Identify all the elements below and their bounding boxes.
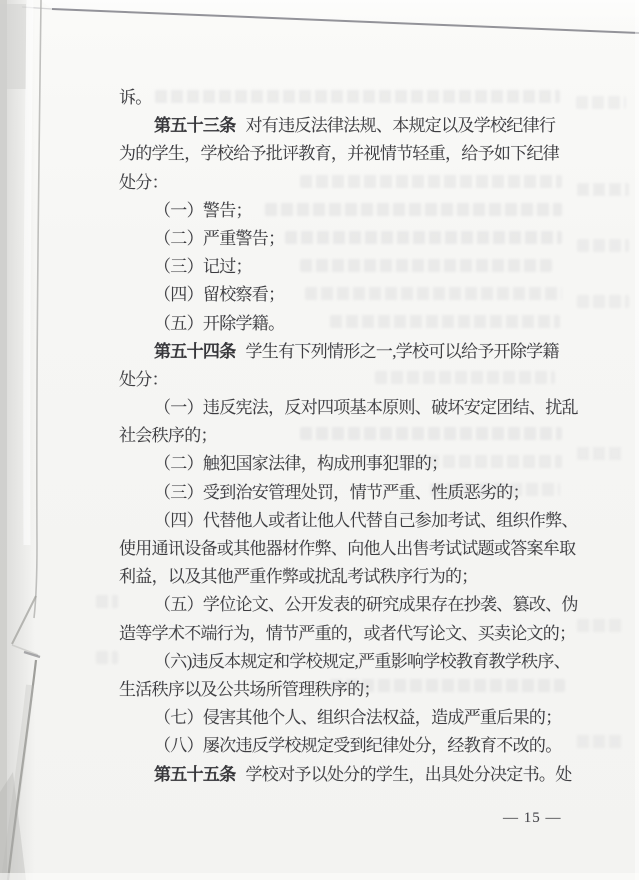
text-line: （五）开除学籍。 (119, 310, 579, 338)
document-body: 诉。第五十三条对有违反法律法规、本规定以及学校纪律行为的学生，学校给予批评教育，… (119, 84, 579, 789)
line-text: 处分： (119, 370, 168, 389)
bleedthrough-ghost (577, 295, 629, 308)
text-line: （二）严重警告； (119, 225, 579, 253)
scanned-page: 诉。第五十三条对有违反法律法规、本规定以及学校纪律行为的学生，学校给予批评教育，… (0, 0, 639, 880)
bleedthrough-ghost (577, 183, 629, 196)
fold-wedge-upper (12, 596, 36, 644)
scan-right-edge (635, 0, 639, 880)
line-text: （一）警告； (154, 201, 252, 220)
bleedthrough-ghost (576, 96, 626, 109)
line-text: 为的学生，学校给予批评教育，并视情节轻重，给予如下纪律 (119, 144, 559, 163)
scan-left-edge (0, 0, 7, 880)
scan-bottom-edge (0, 873, 639, 880)
fold-crease-bottom (8, 660, 36, 880)
bleedthrough-ghost (96, 651, 118, 664)
fold-wedge-mid (12, 645, 38, 655)
article-number: 第五十三条 (154, 116, 236, 135)
fold-dark-dash (24, 652, 40, 657)
line-text: 生活秩序以及公共场所管理秩序的； (119, 680, 380, 699)
line-text: （五）开除学籍。 (154, 314, 284, 333)
text-line: （一）违反宪法，反对四项基本原则、破坏安定团结、扰乱 (119, 394, 579, 422)
scan-left-shade (7, 0, 35, 880)
line-text: 利益，以及其他严重作弊或扰乱考试秩序行为的； (119, 567, 478, 586)
text-line: 利益，以及其他严重作弊或扰乱考试秩序行为的； (119, 563, 579, 591)
text-line: （七）侵害其他个人、组织合法权益，造成严重后果的； (119, 704, 579, 732)
bleedthrough-ghost (577, 447, 625, 460)
bleedthrough-ghost (577, 619, 625, 632)
scan-top-strip (40, 0, 639, 31)
article-number: 第五十五条 (154, 765, 236, 784)
text-line: （三）受到治安管理处罚，情节严重、性质恶劣的； (119, 479, 579, 507)
line-text: （三）记过； (154, 257, 252, 276)
text-line: 第五十五条学校对予以处分的学生，出具处分决定书。处 (119, 761, 579, 789)
line-text: （一）违反宪法，反对四项基本原则、破坏安定团结、扰乱 (154, 398, 578, 417)
text-line: 使用通讯设备或其他器材作弊、向他人出售考试试题或答案牟取 (119, 535, 579, 563)
line-text: 社会秩序的； (119, 426, 217, 445)
text-line: （三）记过； (119, 253, 579, 281)
text-line: 第五十四条学生有下列情形之一,学校可以给予开除学籍 (119, 338, 579, 366)
text-line: （二）触犯国家法律，构成刑事犯罪的； (119, 450, 579, 478)
text-line: （四）代替他人或者让他人代替自己参加考试、组织作弊、 (119, 507, 579, 535)
text-line: 诉。 (119, 84, 579, 112)
corner-shadow-bottom-left (0, 772, 26, 880)
scan-top-edge-line-faint (22, 7, 52, 9)
text-line: 处分： (119, 169, 579, 197)
bleedthrough-ghost (577, 239, 629, 252)
line-text: 学生有下列情形之一,学校可以给予开除学籍 (246, 342, 559, 361)
bleedthrough-ghost (577, 735, 625, 748)
text-line: 第五十三条对有违反法律法规、本规定以及学校纪律行 (119, 112, 579, 140)
text-line: 社会秩序的； (119, 422, 579, 450)
line-text: 造等学术不端行为，情节严重的，或者代写论文、买卖论文的； (119, 624, 575, 643)
text-line: 处分： (119, 366, 579, 394)
text-line: （四）留校察看； (119, 281, 579, 309)
text-line: （五）学位论文、公开发表的研究成果存在抄袭、篡改、伪 (119, 591, 579, 619)
line-text: 使用通讯设备或其他器材作弊、向他人出售考试试题或答案牟取 (119, 539, 575, 558)
line-text: （二）严重警告； (154, 229, 284, 248)
text-line: （一）警告； (119, 197, 579, 225)
line-text: 学校对予以处分的学生，出具处分决定书。处 (246, 765, 572, 784)
line-text: （二）触犯国家法律，构成刑事犯罪的； (154, 454, 447, 473)
text-line: （六)违反本规定和学校规定,严重影响学校教育教学秩序、 (119, 648, 579, 676)
line-text: （八）屡次违反学校规定受到纪律处分，经教育不改的。 (154, 736, 562, 755)
text-line: 造等学术不端行为，情节严重的，或者代写论文、买卖论文的； (119, 620, 579, 648)
text-line: 生活秩序以及公共场所管理秩序的； (119, 676, 579, 704)
fold-shade-bottom (5, 685, 30, 880)
line-text: （六)违反本规定和学校规定,严重影响学校教育教学秩序、 (154, 652, 570, 671)
line-text: （四）留校察看； (154, 285, 284, 304)
line-text: 诉。 (119, 88, 152, 107)
line-text: （七）侵害其他个人、组织合法权益，造成严重后果的； (154, 708, 562, 727)
text-line: 为的学生，学校给予批评教育，并视情节轻重，给予如下纪律 (119, 140, 579, 168)
scan-top-edge-line (52, 9, 639, 33)
text-line: （八）屡次违反学校规定受到纪律处分，经教育不改的。 (119, 732, 579, 760)
line-text: （五）学位论文、公开发表的研究成果存在抄袭、篡改、伪 (154, 595, 578, 614)
line-text: 对有违反法律法规、本规定以及学校纪律行 (246, 116, 556, 135)
line-text: 处分： (119, 173, 168, 192)
page-number: — 15 — (503, 810, 573, 827)
scan-corner-patch (0, 4, 26, 89)
bleedthrough-ghost (96, 595, 118, 608)
line-text: （三）受到治安管理处罚，情节严重、性质恶劣的； (154, 483, 529, 502)
line-text: （四）代替他人或者让他人代替自己参加考试、组织作弊、 (154, 511, 578, 530)
fold-highlight (27, 0, 30, 545)
fold-crease-line (34, 0, 41, 618)
article-number: 第五十四条 (154, 342, 236, 361)
